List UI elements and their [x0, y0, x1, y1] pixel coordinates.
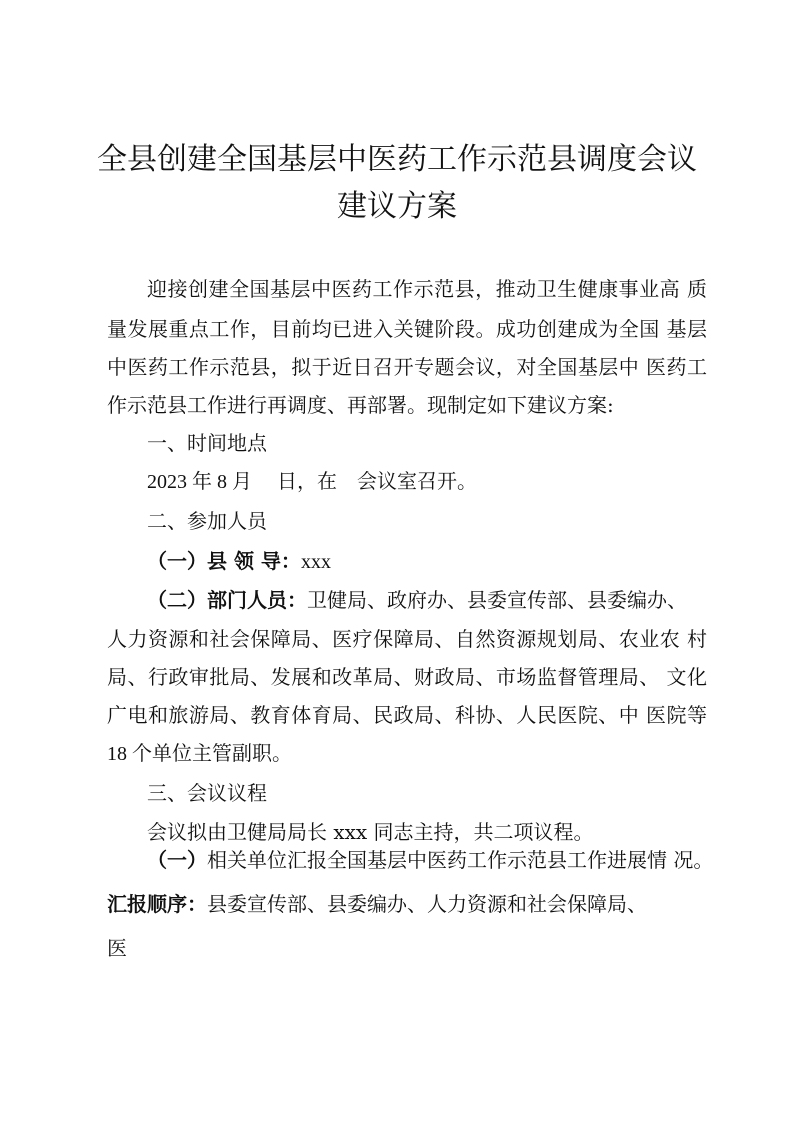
agenda-host: 会议拟由卫健局局长 xxx 同志主持，共二项议程。 [147, 819, 594, 845]
county-leaders-value: xxx [301, 551, 331, 573]
department-staff-line-2: 人力资源和社会保障局、医疗保障局、自然资源规划局、农业农 村 [107, 626, 707, 652]
department-staff-line-3: 局、行政审批局、发展和改革局、财政局、市场监督管理局、 文化 [107, 664, 707, 690]
department-staff-label: （二）部门人员： [147, 588, 307, 612]
department-staff-line-4: 广电和旅游局、教育体育局、民政局、科协、人民医院、中 医院等 [107, 702, 707, 728]
county-leaders-label: （一）县 领 导： [147, 549, 301, 573]
county-leaders-item: （一）县 领 导：xxx [147, 548, 331, 575]
intro-line-1: 迎接创建全国基层中医药工作示范县，推动卫生健康事业高 质 [147, 276, 707, 302]
document-page: 全县创建全国基层中医药工作示范县调度会议 建议方案 迎接创建全国基层中医药工作示… [0, 0, 794, 1122]
report-order: 汇报顺序：县委宣传部、县委编办、人力资源和社会保障局、 [107, 891, 647, 917]
report-order-text: 县委宣传部、县委编办、人力资源和社会保障局、 [207, 892, 647, 916]
report-order-continuation: 医 [107, 935, 127, 961]
document-title-line-2: 建议方案 [0, 187, 794, 227]
department-staff-line-1: 卫健局、政府办、县委宣传部、县委编办、 [307, 588, 687, 612]
intro-line-3: 中医药工作示范县，拟于近日召开专题会议，对全国基层中 医药工 [107, 354, 707, 380]
agenda-item-1-label: （一） [147, 848, 207, 872]
section-2-heading: 二、参加人员 [147, 508, 267, 534]
section-1-time-place: 2023 年 8 月 日，在 会议室召开。 [147, 469, 477, 495]
section-3-heading: 三、会议议程 [147, 780, 267, 806]
agenda-item-1: （一）相关单位汇报全国基层中医药工作示范县工作进展情 况。 [147, 847, 713, 873]
report-order-label: 汇报顺序： [107, 892, 207, 916]
agenda-item-1-text: 相关单位汇报全国基层中医药工作示范县工作进展情 况。 [207, 848, 713, 872]
document-title-line-1: 全县创建全国基层中医药工作示范县调度会议 [0, 140, 794, 180]
intro-line-4: 作示范县工作进行再调度、再部署。现制定如下建议方案: [107, 392, 614, 418]
intro-line-2: 量发展重点工作，目前均已进入关键阶段。成功创建成为全国 基层 [107, 316, 707, 342]
department-staff-line-5: 18 个单位主管副职。 [107, 741, 292, 767]
department-staff-item: （二）部门人员：卫健局、政府办、县委宣传部、县委编办、 [147, 587, 687, 613]
section-1-heading: 一、时间地点 [147, 430, 267, 456]
